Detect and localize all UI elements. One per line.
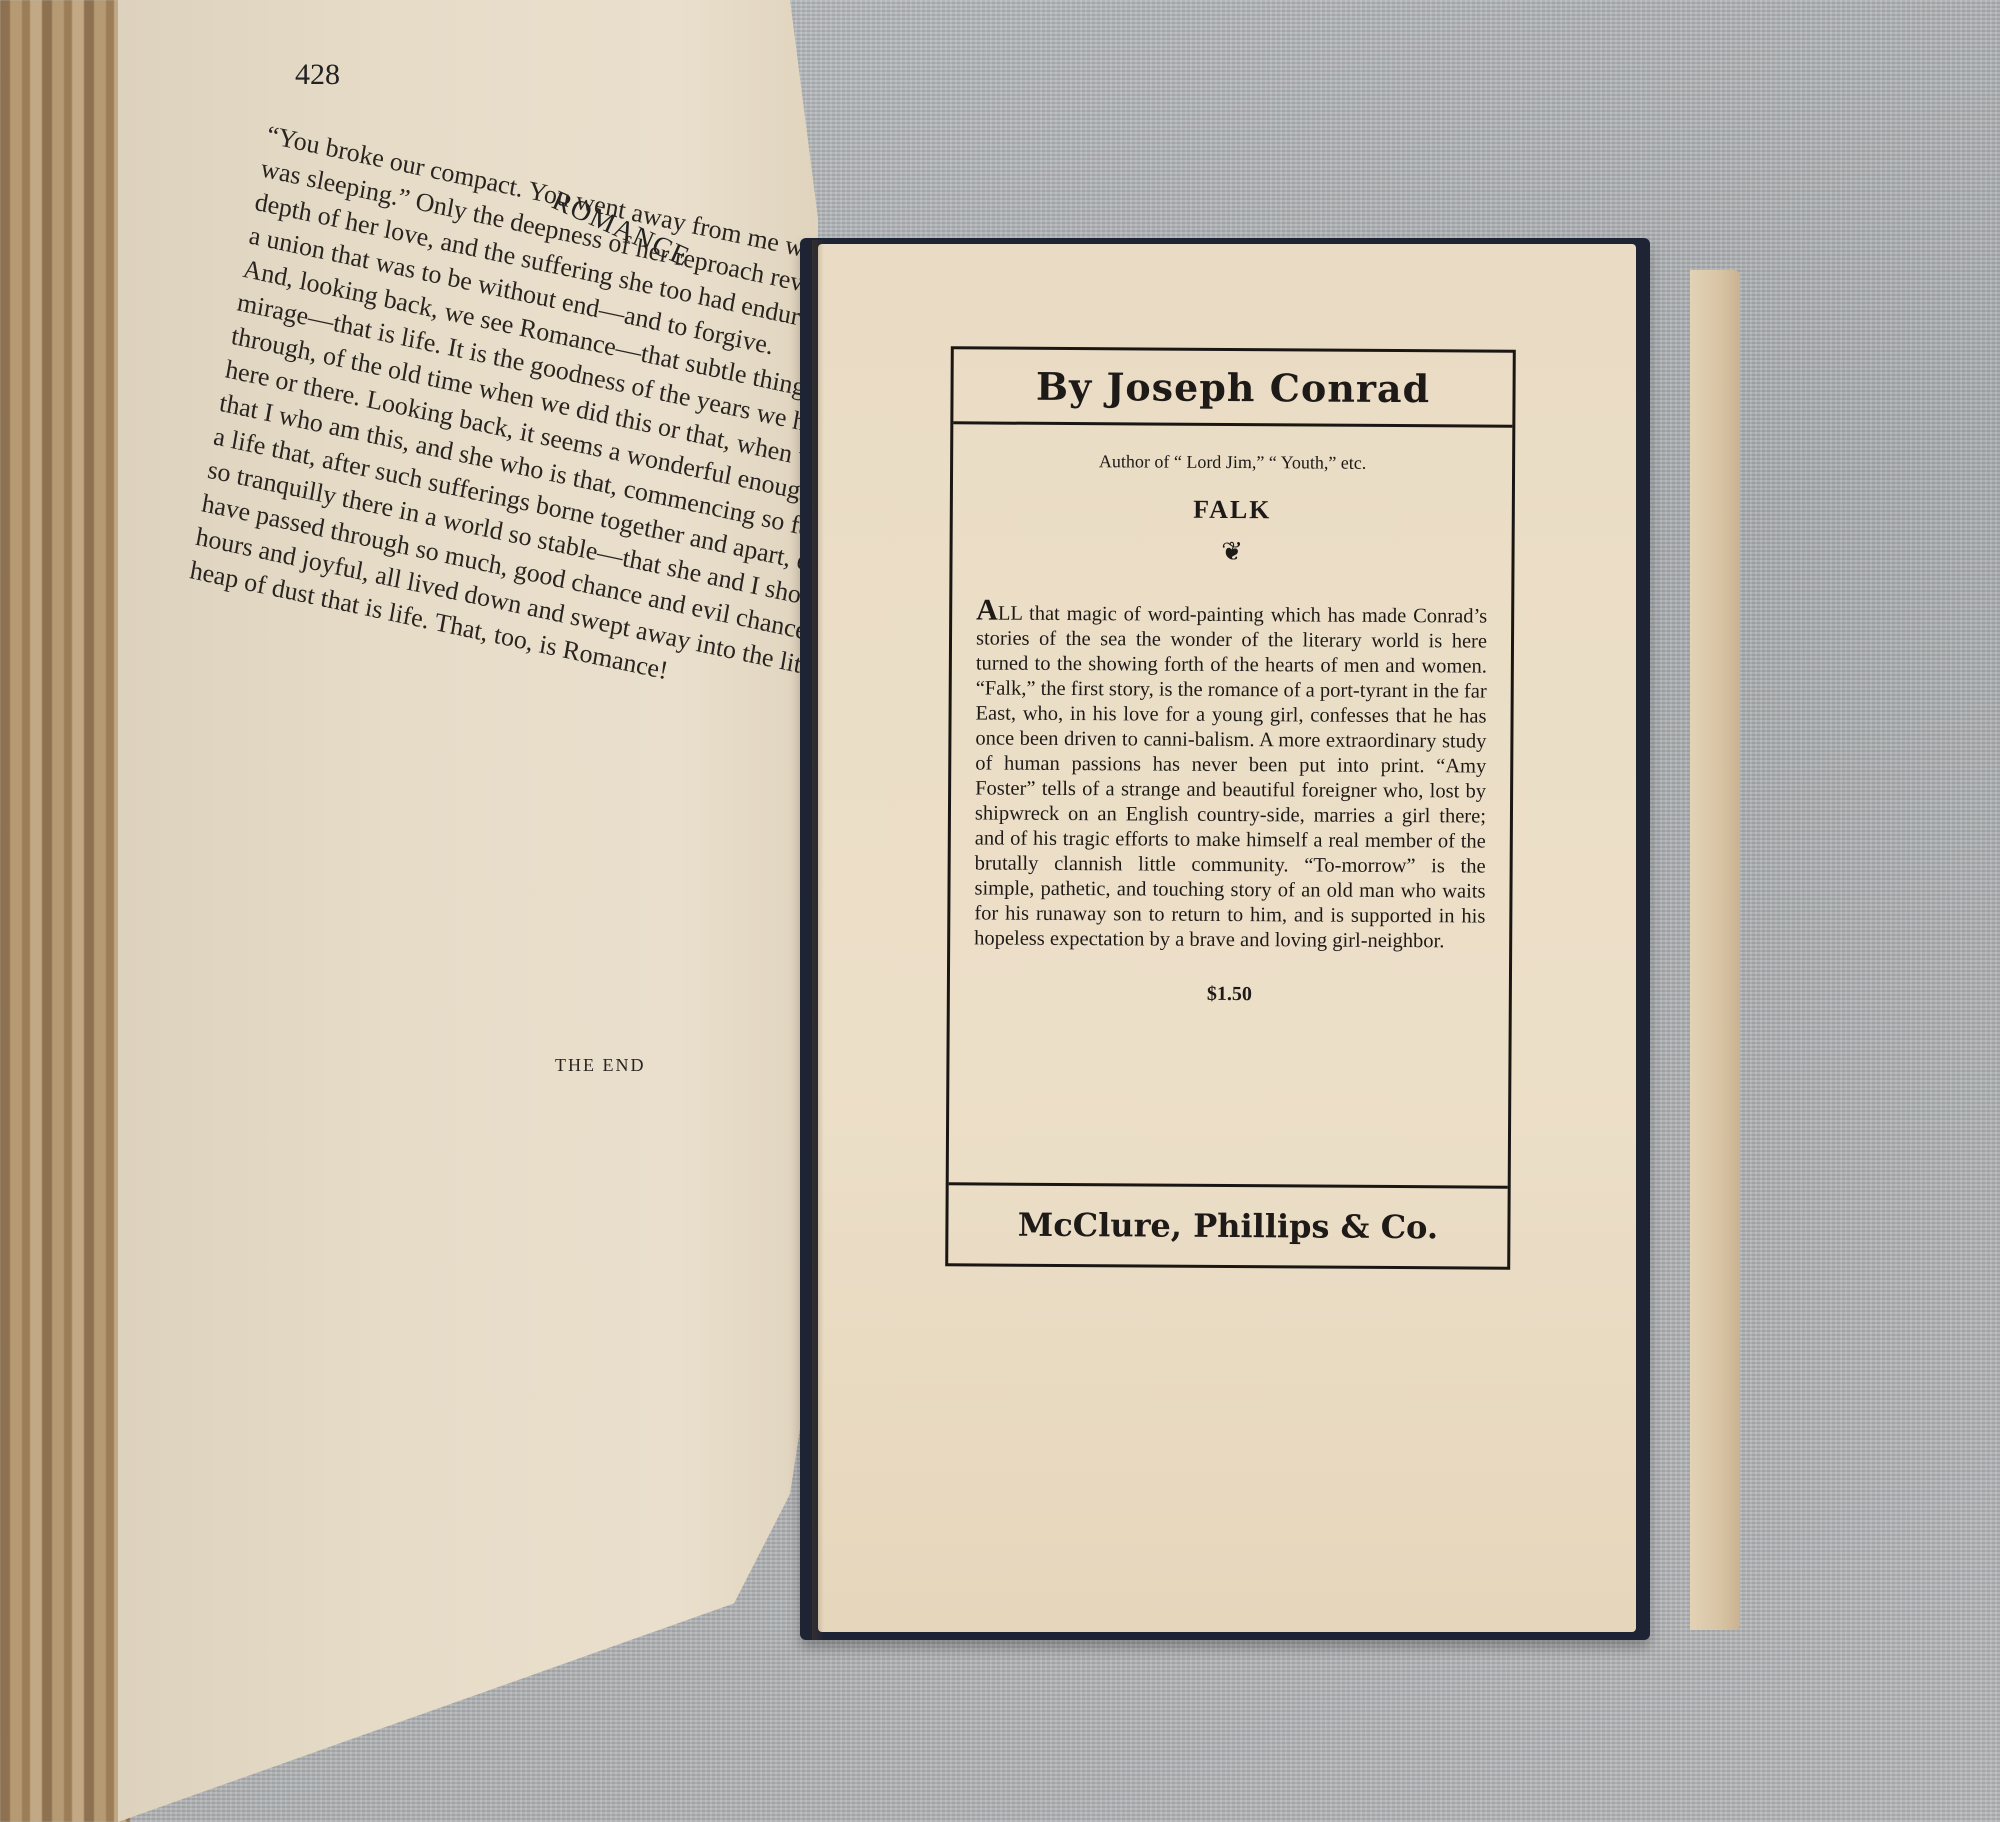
book-fore-edge-right	[1690, 270, 1740, 1630]
drop-cap-rest: LL	[998, 603, 1022, 625]
ad-price: $1.50	[950, 981, 1509, 1007]
page-number: 428	[295, 58, 340, 92]
ad-author-header: By Joseph Conrad	[953, 349, 1512, 427]
ad-description: ALL that magic of word-painting which ha…	[974, 597, 1487, 954]
acorn-ornament-icon: ❦	[952, 535, 1511, 568]
advertisement-box: By Joseph Conrad Author of “ Lord Jim,” …	[945, 346, 1516, 1269]
book-gutter	[812, 240, 824, 1640]
ad-subtitle: Author of “ Lord Jim,” “ Youth,” etc.	[953, 450, 1512, 474]
the-end-label: THE END	[555, 1055, 645, 1076]
book-fore-edge-left	[0, 0, 130, 1822]
ad-body-text: that magic of word-painting which has ma…	[974, 603, 1487, 953]
ad-book-title: FALK	[953, 493, 1512, 526]
ad-publisher: McClure, Phillips & Co.	[948, 1182, 1507, 1266]
drop-cap: A	[976, 593, 998, 626]
